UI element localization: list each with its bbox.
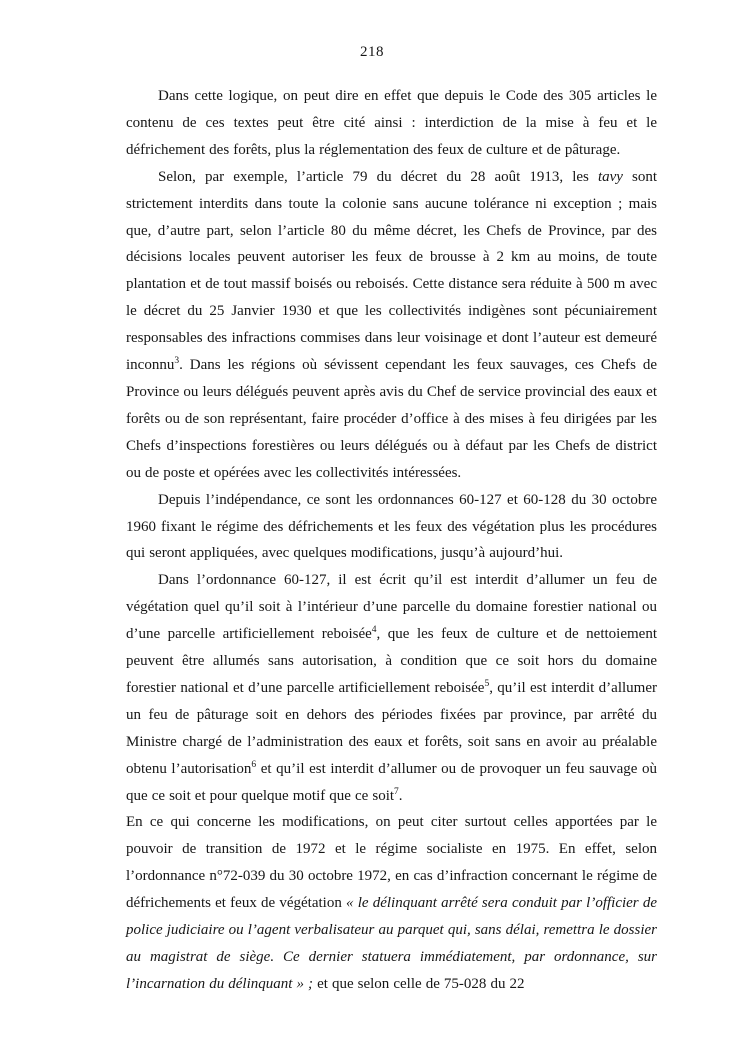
text-run: sont strictement interdits dans toute la… — [126, 169, 657, 373]
text-run: et que selon celle de 75-028 du 22 — [313, 976, 525, 992]
document-page: 218 Dans cette logique, on peut dire en … — [0, 0, 744, 1053]
page-body-text: Dans cette logique, on peut dire en effe… — [126, 83, 657, 998]
text-run: Dans cette logique, on peut dire en effe… — [126, 88, 657, 158]
paragraph: Dans cette logique, on peut dire en effe… — [126, 83, 657, 164]
text-run: Depuis l’indépendance, ce sont les ordon… — [126, 492, 657, 562]
text-run: . — [399, 788, 403, 804]
paragraph: Dans l’ordonnance 60-127, il est écrit q… — [126, 567, 657, 809]
paragraph: Depuis l’indépendance, ce sont les ordon… — [126, 487, 657, 568]
text-run: Selon, par exemple, l’article 79 du décr… — [158, 169, 598, 185]
italic-run: tavy — [598, 169, 623, 185]
paragraph: Selon, par exemple, l’article 79 du décr… — [126, 164, 657, 487]
paragraph: En ce qui concerne les modifications, on… — [126, 809, 657, 997]
page-number: 218 — [0, 45, 744, 60]
text-run: . Dans les régions où sévissent cependan… — [126, 357, 657, 481]
